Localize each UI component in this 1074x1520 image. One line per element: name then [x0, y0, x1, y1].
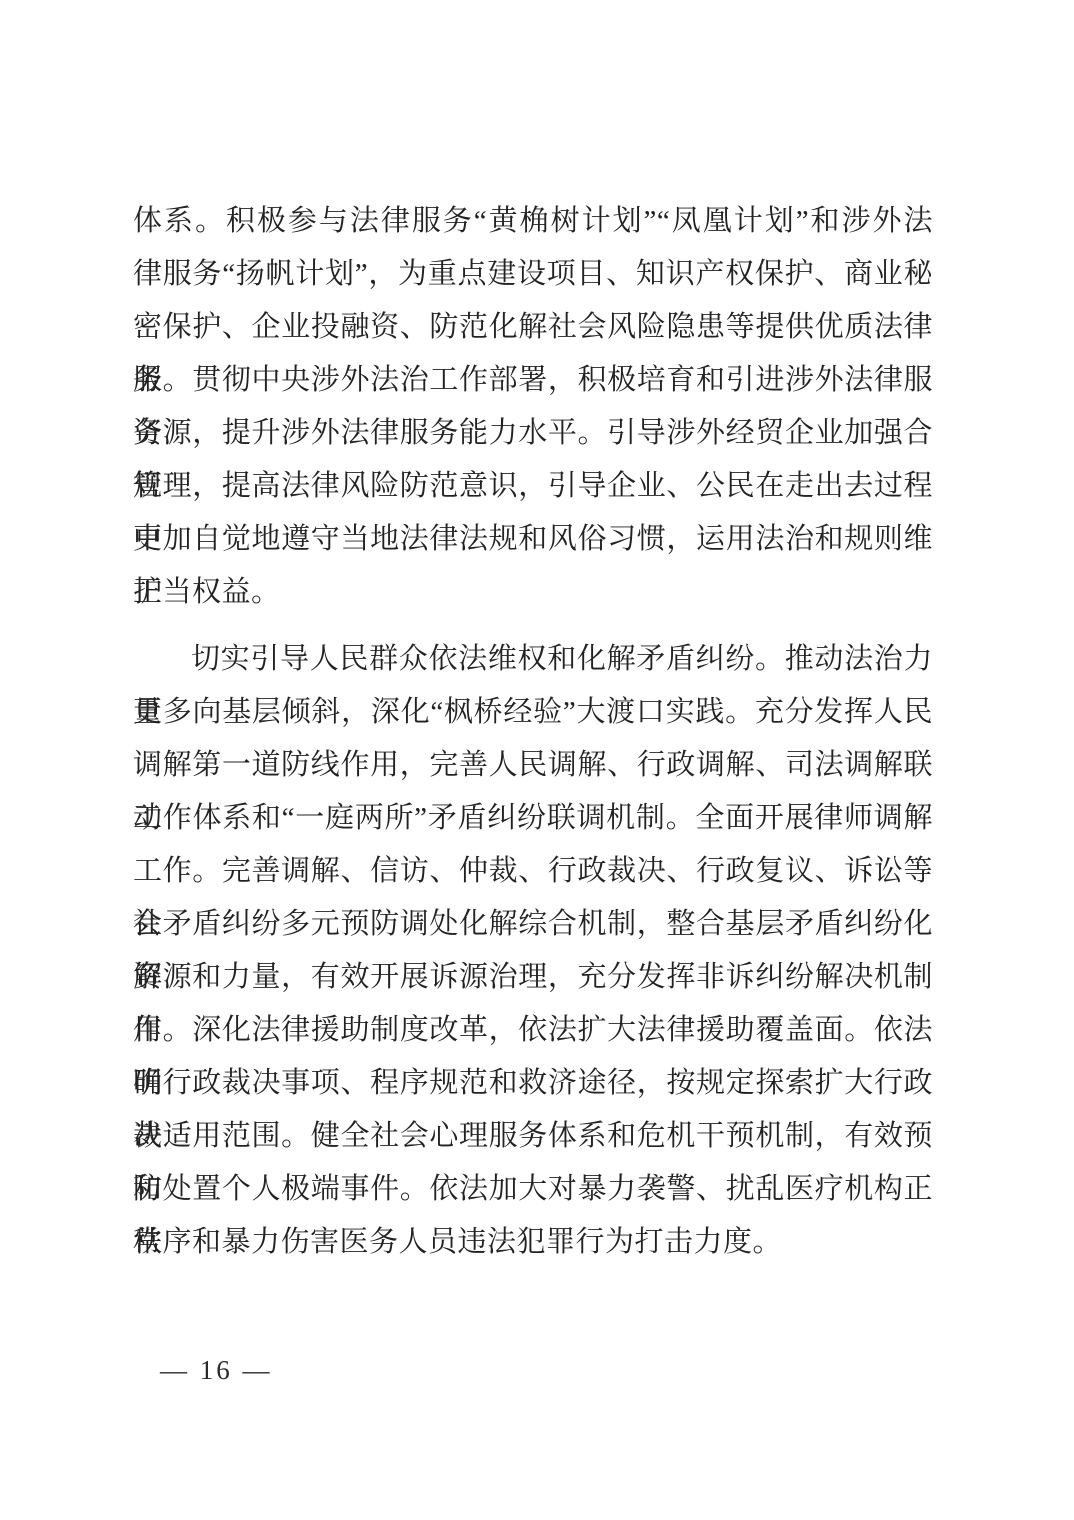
text-line: 切实引导人民群众依法维权和化解矛盾纠纷。推动法治力量 [133, 633, 933, 686]
text-line: 资源和力量，有效开展诉源治理，充分发挥非诉纠纷解决机制作 [133, 951, 933, 1004]
text-line: 体系。积极参与法律服务“黄桷树计划”“凤凰计划”和涉外法 [133, 195, 933, 248]
text-line: 工作体系和“一庭两所”矛盾纠纷联调机制。全面开展律师调解 [133, 792, 933, 845]
page-footer: — 16 — [160, 1350, 273, 1390]
text-line: 确行政裁决事项、程序规范和救济途径，按规定探索扩大行政裁 [133, 1057, 933, 1110]
text-line: 秩序和暴力伤害医务人员违法犯罪行为打击力度。 [133, 1216, 933, 1269]
document-body: 体系。积极参与法律服务“黄桷树计划”“凤凰计划”和涉外法 律服务“扬帆计划”，为… [133, 195, 933, 1269]
text-line: 用。深化法律援助制度改革，依法扩大法律援助覆盖面。依法明 [133, 1004, 933, 1057]
text-line: 务。贯彻中央涉外法治工作部署，积极培育和引进涉外法律服务 [133, 354, 933, 407]
paragraph-1: 体系。积极参与法律服务“黄桷树计划”“凤凰计划”和涉外法 律服务“扬帆计划”，为… [133, 195, 933, 619]
text-line: 更加自觉地遵守当地法律法规和风俗习惯，运用法治和规则维护 [133, 513, 933, 566]
text-line: 决适用范围。健全社会心理服务体系和危机干预机制，有效预防 [133, 1110, 933, 1163]
text-line: 调解第一道防线作用，完善人民调解、行政调解、司法调解联动 [133, 739, 933, 792]
text-line: 资源，提升涉外法律服务能力水平。引导涉外经贸企业加强合规 [133, 407, 933, 460]
paragraph-2: 切实引导人民群众依法维权和化解矛盾纠纷。推动法治力量 更多向基层倾斜，深化“枫桥… [133, 633, 933, 1269]
text-line: 更多向基层倾斜，深化“枫桥经验”大渡口实践。充分发挥人民 [133, 686, 933, 739]
text-line: 工作。完善调解、信访、仲裁、行政裁决、行政复议、诉讼等社 [133, 845, 933, 898]
text-line: 会矛盾纠纷多元预防调处化解综合机制，整合基层矛盾纠纷化解 [133, 898, 933, 951]
text-line: 正当权益。 [133, 566, 933, 619]
page-number: — 16 — [160, 1355, 273, 1385]
text-line: 密保护、企业投融资、防范化解社会风险隐患等提供优质法律服 [133, 301, 933, 354]
text-line: 和处置个人极端事件。依法加大对暴力袭警、扰乱医疗机构正常 [133, 1163, 933, 1216]
document-page: 体系。积极参与法律服务“黄桷树计划”“凤凰计划”和涉外法 律服务“扬帆计划”，为… [0, 0, 1074, 1520]
text-line: 律服务“扬帆计划”，为重点建设项目、知识产权保护、商业秘 [133, 248, 933, 301]
text-line: 管理，提高法律风险防范意识，引导企业、公民在走出去过程中 [133, 460, 933, 513]
